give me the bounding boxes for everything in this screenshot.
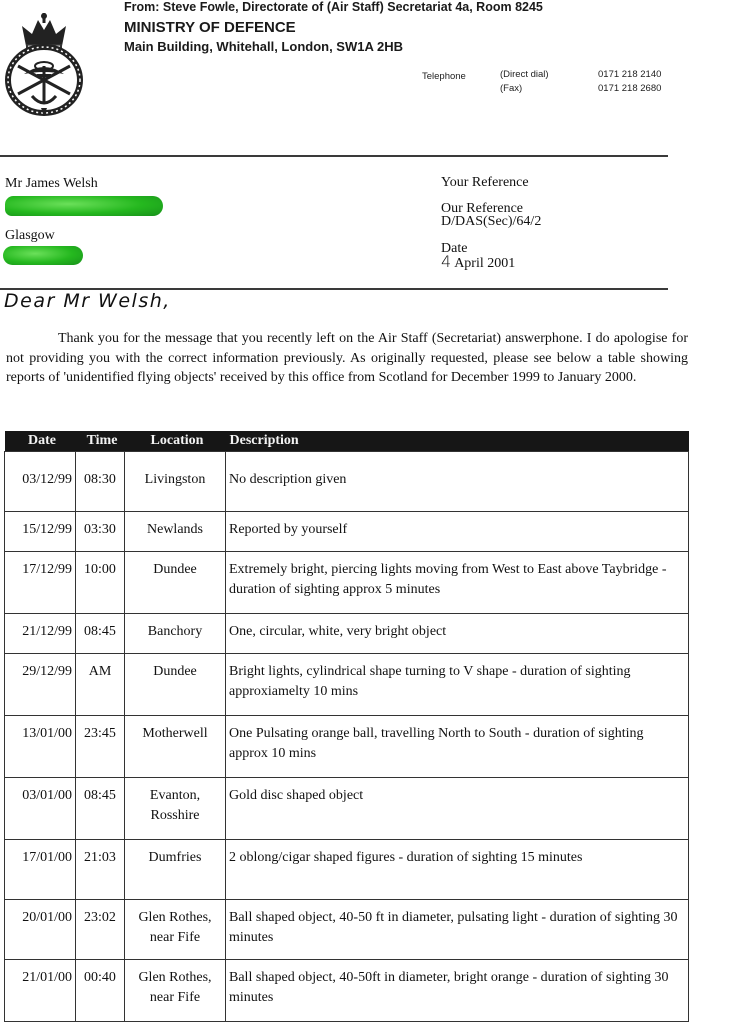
cell-location: Dundee xyxy=(125,552,226,614)
fax-label: (Fax) xyxy=(500,83,522,94)
body-paragraph: Thank you for the message that you recen… xyxy=(6,329,688,388)
column-header-location: Location xyxy=(125,431,226,452)
cell-time: 23:45 xyxy=(76,716,125,778)
fax-number: 0171 218 2680 xyxy=(598,83,661,94)
letterhead-from-line: From: Steve Fowle, Directorate of (Air S… xyxy=(124,0,543,14)
cell-date: 13/01/00 xyxy=(5,716,76,778)
table-header-row: Date Time Location Description xyxy=(5,431,689,452)
date-month-year: April 2001 xyxy=(454,256,515,271)
our-reference-value: D/DAS(Sec)/64/2 xyxy=(441,215,541,228)
letterhead-organisation: MINISTRY OF DEFENCE xyxy=(124,19,296,36)
cell-date: 21/01/00 xyxy=(5,960,76,1022)
column-header-description: Description xyxy=(226,431,689,452)
cell-location: Dundee xyxy=(125,654,226,716)
cell-description: No description given xyxy=(226,452,689,512)
cell-description: Reported by yourself xyxy=(226,512,689,552)
ufo-reports-table: Date Time Location Description 03/12/990… xyxy=(4,431,689,1022)
cell-description: 2 oblong/cigar shaped figures - duration… xyxy=(226,840,689,900)
cell-location: Glen Rothes, near Fife xyxy=(125,900,226,960)
table-row: 29/12/99AMDundeeBright lights, cylindric… xyxy=(5,654,689,716)
cell-time: AM xyxy=(76,654,125,716)
table-row: 20/01/0023:02Glen Rothes, near FifeBall … xyxy=(5,900,689,960)
cell-date: 17/01/00 xyxy=(5,840,76,900)
cell-date: 03/12/99 xyxy=(5,452,76,512)
cell-description: Gold disc shaped object xyxy=(226,778,689,840)
letterhead-address: Main Building, Whitehall, London, SW1A 2… xyxy=(124,39,403,54)
redaction-mark xyxy=(5,196,163,216)
cell-location: Banchory xyxy=(125,614,226,654)
table-row: 03/01/0008:45Evanton, RosshireGold disc … xyxy=(5,778,689,840)
recipient-name: Mr James Welsh xyxy=(5,176,98,192)
table-row: 17/12/9910:00DundeeExtremely bright, pie… xyxy=(5,552,689,614)
table-row: 21/12/9908:45BanchoryOne, circular, whit… xyxy=(5,614,689,654)
cell-location: Newlands xyxy=(125,512,226,552)
direct-dial-label: (Direct dial) xyxy=(500,69,549,80)
handwritten-day: 4 xyxy=(441,252,451,271)
cell-date: 21/12/99 xyxy=(5,614,76,654)
cell-time: 23:02 xyxy=(76,900,125,960)
cell-location: Livingston xyxy=(125,452,226,512)
recipient-town: Glasgow xyxy=(5,228,55,244)
cell-time: 08:45 xyxy=(76,614,125,654)
cell-description: One, circular, white, very bright object xyxy=(226,614,689,654)
your-reference-label: Your Reference xyxy=(441,176,529,189)
column-header-time: Time xyxy=(76,431,125,452)
cell-location: Motherwell xyxy=(125,716,226,778)
table-row: 13/01/0023:45MotherwellOne Pulsating ora… xyxy=(5,716,689,778)
cell-location: Dumfries xyxy=(125,840,226,900)
direct-dial-number: 0171 218 2140 xyxy=(598,69,661,80)
cell-date: 20/01/00 xyxy=(5,900,76,960)
mod-crest-icon xyxy=(4,8,84,120)
table-row: 15/12/9903:30NewlandsReported by yoursel… xyxy=(5,512,689,552)
letterhead-divider xyxy=(0,155,668,157)
cell-description: One Pulsating orange ball, travelling No… xyxy=(226,716,689,778)
column-header-date: Date xyxy=(5,431,76,452)
cell-description: Ball shaped object, 40-50 ft in diameter… xyxy=(226,900,689,960)
salutation-handwritten: Dear Mr Welsh, xyxy=(4,290,171,312)
cell-time: 03:30 xyxy=(76,512,125,552)
cell-time: 08:30 xyxy=(76,452,125,512)
table-row: 17/01/0021:03Dumfries2 oblong/cigar shap… xyxy=(5,840,689,900)
cell-date: 29/12/99 xyxy=(5,654,76,716)
cell-date: 03/01/00 xyxy=(5,778,76,840)
telephone-label: Telephone xyxy=(422,71,466,82)
cell-location: Glen Rothes, near Fife xyxy=(125,960,226,1022)
cell-time: 08:45 xyxy=(76,778,125,840)
date-value: 4April 2001 xyxy=(441,255,515,270)
cell-location: Evanton, Rosshire xyxy=(125,778,226,840)
cell-description: Ball shaped object, 40-50ft in diameter,… xyxy=(226,960,689,1022)
cell-time: 00:40 xyxy=(76,960,125,1022)
cell-date: 15/12/99 xyxy=(5,512,76,552)
cell-time: 10:00 xyxy=(76,552,125,614)
redaction-mark xyxy=(3,246,83,265)
cell-time: 21:03 xyxy=(76,840,125,900)
table-row: 21/01/0000:40Glen Rothes, near FifeBall … xyxy=(5,960,689,1022)
cell-description: Bright lights, cylindrical shape turning… xyxy=(226,654,689,716)
table-row: 03/12/9908:30LivingstonNo description gi… xyxy=(5,452,689,512)
cell-date: 17/12/99 xyxy=(5,552,76,614)
cell-description: Extremely bright, piercing lights moving… xyxy=(226,552,689,614)
